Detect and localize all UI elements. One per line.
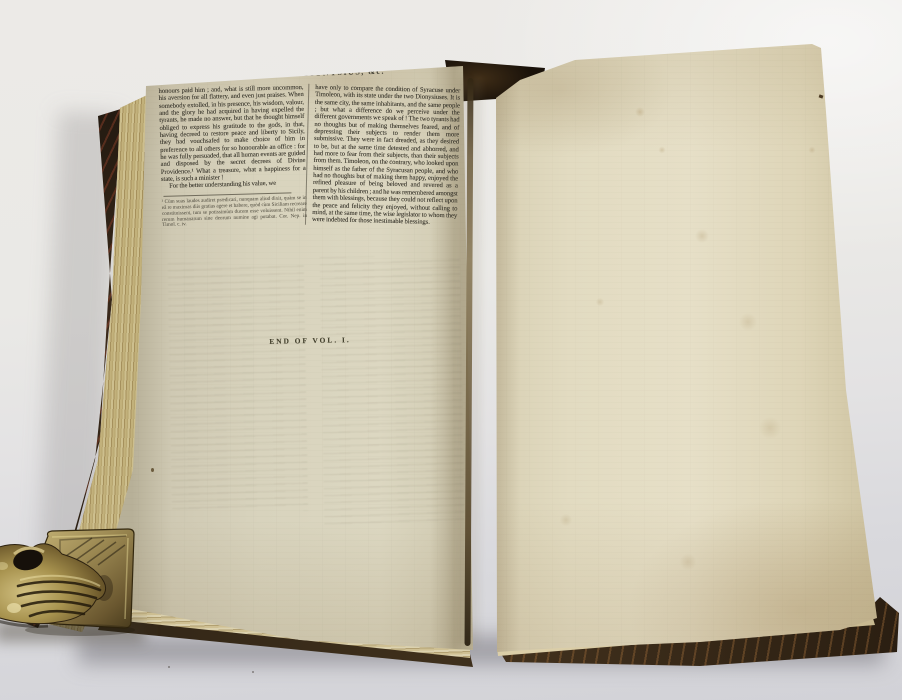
book-photograph: 624 HISTORY OF DIONYSIUS, &c. honours pa…: [0, 0, 902, 700]
left-page-text-block: 624 HISTORY OF DIONYSIUS, &c. honours pa…: [158, 64, 464, 230]
footnote: ¹ Cùm suas laudes audiret prædicari, nun…: [162, 196, 308, 230]
paragraph: honours paid him ; and, what is still mo…: [158, 84, 306, 183]
brass-hand-page-holder: [0, 490, 163, 645]
dust-speck: [168, 666, 170, 668]
paragraph: have only to compare the condition of Sy…: [312, 84, 460, 227]
show-through-ghost-text: [320, 255, 465, 525]
two-column-text: honours paid him ; and, what is still mo…: [158, 80, 464, 230]
dust-speck: [252, 671, 254, 673]
brass-highlight: [7, 603, 21, 613]
text-column-left: honours paid him ; and, what is still mo…: [158, 84, 307, 229]
show-through-ghost-text: [168, 261, 308, 513]
paper-speck: [151, 468, 154, 472]
text-column-right: have only to compare the condition of Sy…: [305, 84, 460, 229]
